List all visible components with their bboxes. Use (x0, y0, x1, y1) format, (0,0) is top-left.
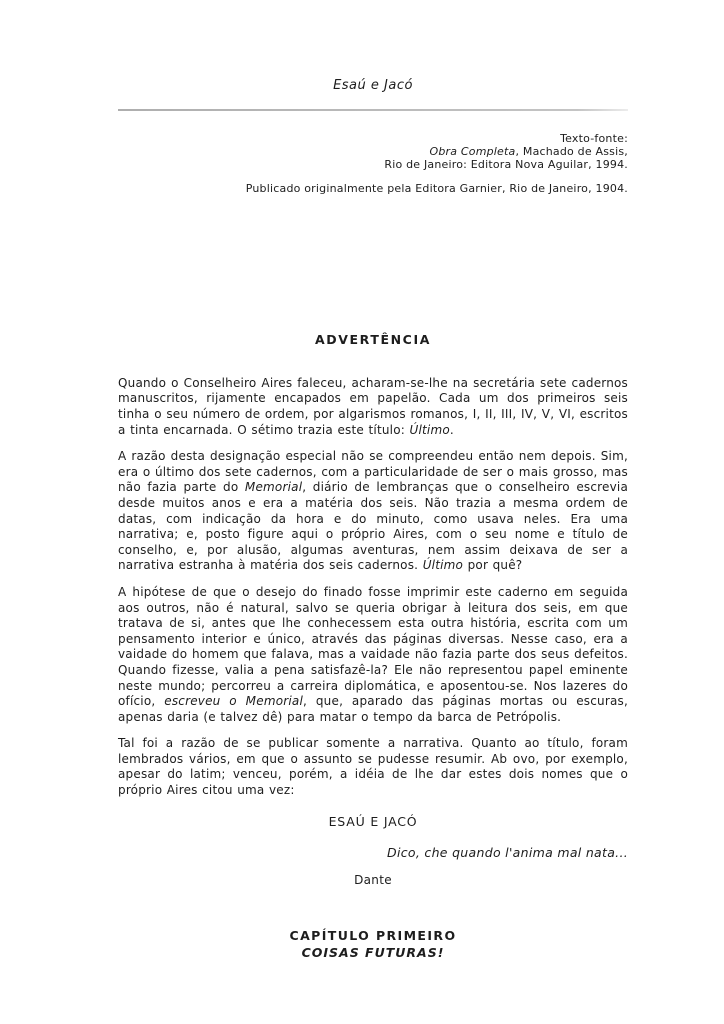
source-note: Texto-fonte: Obra Completa, Machado de A… (118, 132, 628, 195)
paragraph: Tal foi a razão de se publicar somente a… (118, 736, 628, 798)
advertencia-body: Quando o Conselheiro Aires faleceu, acha… (118, 376, 628, 799)
source-note-edition: Rio de Janeiro: Editora Nova Aguilar, 19… (118, 158, 628, 171)
paragraph: A hipótese de que o desejo do finado fos… (118, 585, 628, 725)
paragraph: Quando o Conselheiro Aires faleceu, acha… (118, 376, 628, 438)
epigraph-quote: Dico, che quando l'anima mal nata... (118, 845, 628, 860)
source-note-work: Obra Completa, Machado de Assis, (118, 145, 628, 158)
running-header-title: Esaú e Jacó (118, 0, 628, 93)
epigraph-author: Dante (118, 873, 628, 887)
book-title: ESAÚ E JACÓ (118, 814, 628, 829)
chapter-subtitle: COISAS FUTURAS! (118, 945, 628, 960)
paragraph: A razão desta designação especial não se… (118, 449, 628, 574)
chapter-opening: CAPÍTULO PRIMEIRO COISAS FUTURAS! (118, 928, 628, 960)
page-content: Esaú e Jacó Texto-fonte: Obra Completa, … (118, 0, 628, 960)
source-note-label: Texto-fonte: (118, 132, 628, 145)
document-page: Esaú e Jacó Texto-fonte: Obra Completa, … (0, 0, 724, 1024)
source-note-original-publisher: Publicado originalmente pela Editora Gar… (118, 182, 628, 195)
header-rule (118, 109, 628, 111)
section-title-advertencia: ADVERTÊNCIA (118, 332, 628, 347)
chapter-heading: CAPÍTULO PRIMEIRO (118, 928, 628, 943)
